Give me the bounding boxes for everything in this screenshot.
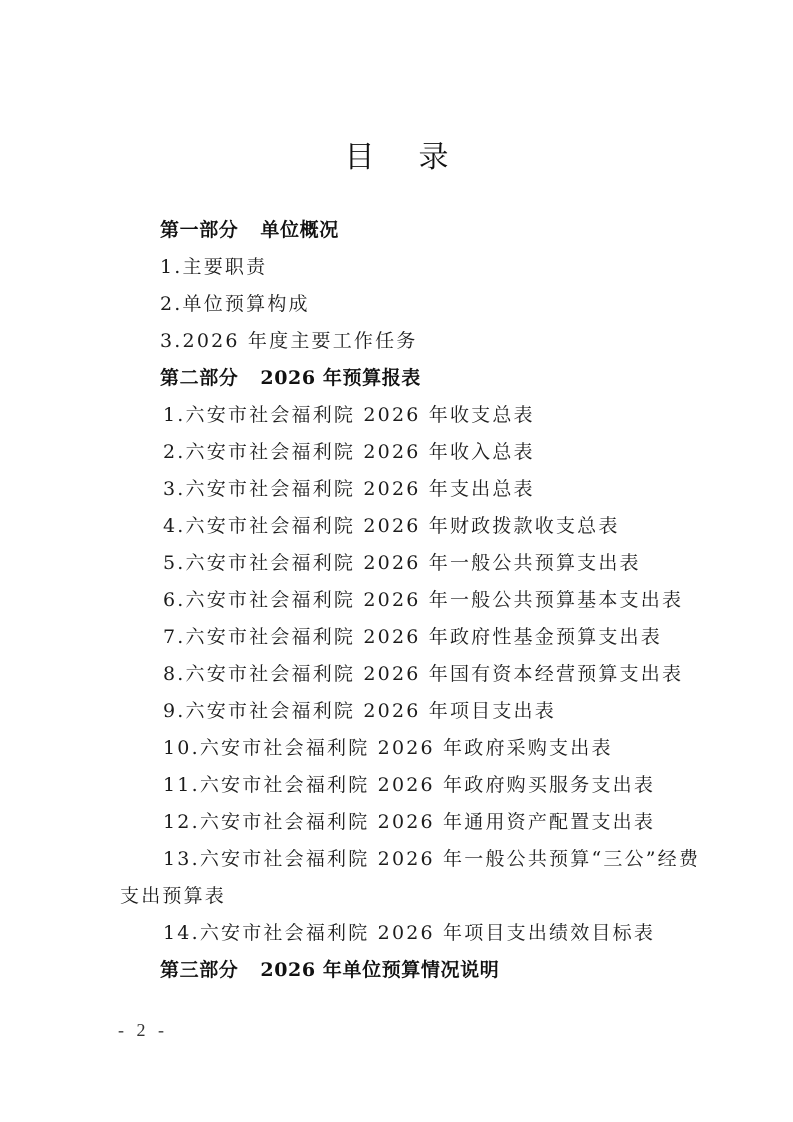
toc-item[interactable]: 7.六安市社会福利院 2026 年政府性基金预算支出表 [163, 625, 662, 649]
toc-part-1-heading[interactable]: 第一部分单位概况 [160, 218, 339, 242]
toc-item[interactable]: 2.单位预算构成 [160, 292, 310, 316]
toc-item[interactable]: 3.2026 年度主要工作任务 [160, 329, 418, 353]
page-title: 目录 [0, 132, 793, 176]
title-char-1: 目 [345, 140, 375, 175]
toc-item[interactable]: 14.六安市社会福利院 2026 年项目支出绩效目标表 [163, 921, 655, 945]
part-title: 2026 年单位预算情况说明 [260, 959, 499, 981]
toc-item[interactable]: 5.六安市社会福利院 2026 年一般公共预算支出表 [163, 551, 641, 575]
toc-item[interactable]: 1.主要职责 [160, 255, 267, 279]
page-number: - 2 - [118, 1020, 168, 1041]
toc-item[interactable]: 13.六安市社会福利院 2026 年一般公共预算“三公”经费 [163, 847, 700, 871]
part-label: 第二部分 [160, 367, 238, 389]
part-title: 2026 年预算报表 [260, 367, 421, 389]
toc-item[interactable]: 12.六安市社会福利院 2026 年通用资产配置支出表 [163, 810, 655, 834]
toc-item[interactable]: 11.六安市社会福利院 2026 年政府购买服务支出表 [163, 773, 655, 797]
toc-item[interactable]: 1.六安市社会福利院 2026 年收支总表 [163, 403, 535, 427]
toc-item[interactable]: 10.六安市社会福利院 2026 年政府采购支出表 [163, 736, 613, 760]
part-label: 第一部分 [160, 219, 238, 241]
toc-part-3-heading[interactable]: 第三部分2026 年单位预算情况说明 [160, 958, 499, 982]
toc-item-continuation[interactable]: 支出预算表 [120, 884, 226, 908]
toc-item[interactable]: 9.六安市社会福利院 2026 年项目支出表 [163, 699, 556, 723]
toc-item[interactable]: 8.六安市社会福利院 2026 年国有资本经营预算支出表 [163, 662, 683, 686]
title-char-2: 录 [419, 140, 449, 175]
toc-item[interactable]: 4.六安市社会福利院 2026 年财政拨款收支总表 [163, 514, 620, 538]
toc-item[interactable]: 2.六安市社会福利院 2026 年收入总表 [163, 440, 535, 464]
toc-part-2-heading[interactable]: 第二部分2026 年预算报表 [160, 366, 421, 390]
part-label: 第三部分 [160, 959, 238, 981]
part-title: 单位概况 [260, 219, 338, 241]
toc-item[interactable]: 6.六安市社会福利院 2026 年一般公共预算基本支出表 [163, 588, 683, 612]
toc-item[interactable]: 3.六安市社会福利院 2026 年支出总表 [163, 477, 535, 501]
